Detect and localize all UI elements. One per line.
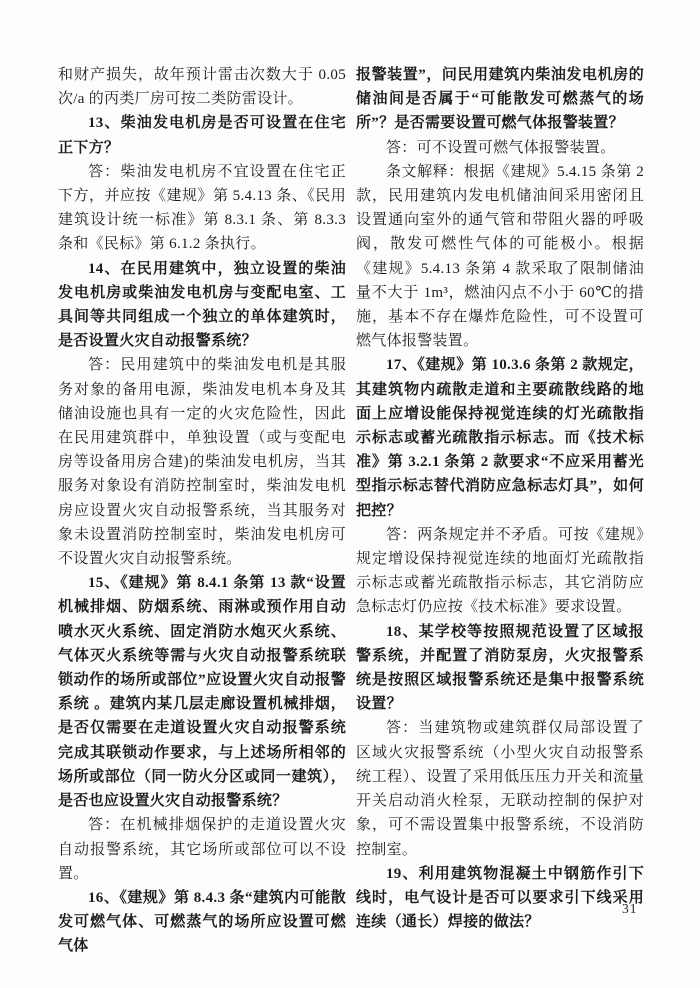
question-paragraph: 17、《建规》第 10.3.6 条第 2 款规定，其建筑物内疏散走道和主要疏散线… bbox=[356, 353, 644, 522]
question-paragraph: 13、柴油发电机房是否可设置在住宅正下方？ bbox=[58, 111, 346, 159]
answer-paragraph: 答：可不设置可燃气体报警装置。 bbox=[356, 136, 644, 160]
question-paragraph: 16、《建规》第 8.4.3 条“建筑内可能散发可燃气体、可燃蒸气的场所应设置可… bbox=[58, 886, 346, 959]
answer-paragraph: 答：在机械排烟保护的走道设置火灾自动报警系统，其它场所或部位可以不设置。 bbox=[58, 813, 346, 886]
answer-paragraph: 答：柴油发电机房不宜设置在住宅正下方，并应按《建规》第 5.4.13 条、《民用… bbox=[58, 160, 346, 257]
answer-paragraph: 答：民用建筑中的柴油发电机是其服务对象的备用电源，柴油发电机本身及其储油设施也具… bbox=[58, 353, 346, 571]
right-column: 报警装置”，问民用建筑内柴油发电机房的储油间是否属于“可能散发可燃蒸气的场所”？… bbox=[356, 63, 644, 934]
question-paragraph: 19、利用建筑物混凝土中钢筋作引下线时，电气设计是否可以要求引下线采用连续（通长… bbox=[356, 862, 644, 935]
document-page: 和财产损失，故年预计雷击次数大于 0.05 次/a 的丙类厂房可按二类防雷设计。… bbox=[0, 0, 700, 988]
question-paragraph: 15、《建规》第 8.4.1 条第 13 款“设置机械排烟、防烟系统、雨淋或预作… bbox=[58, 571, 346, 813]
answer-paragraph: 答：两条规定并不矛盾。可按《建规》规定增设保持视觉连续的地面灯光疏散指示标志或蓄… bbox=[356, 523, 644, 620]
answer-paragraph: 条文解释：根据《建规》5.4.15 条第 2 款，民用建筑内发电机储油间采用密闭… bbox=[356, 160, 644, 354]
page-number: 31 bbox=[622, 901, 638, 917]
question-paragraph: 18、某学校等按照规范设置了区域报警系统，并配置了消防泵房，火灾报警系统是按照区… bbox=[356, 620, 644, 717]
question-paragraph: 14、在民用建筑中，独立设置的柴油发电机房或柴油发电机房与变配电室、工具间等共同… bbox=[58, 257, 346, 354]
question-paragraph: 报警装置”，问民用建筑内柴油发电机房的储油间是否属于“可能散发可燃蒸气的场所”？… bbox=[356, 63, 644, 136]
answer-paragraph: 和财产损失，故年预计雷击次数大于 0.05 次/a 的丙类厂房可按二类防雷设计。 bbox=[58, 63, 346, 111]
answer-paragraph: 答：当建筑物或建筑群仅局部设置了区域火灾报警系统（小型火灾自动报警系统工程）、设… bbox=[356, 716, 644, 861]
left-column: 和财产损失，故年预计雷击次数大于 0.05 次/a 的丙类厂房可按二类防雷设计。… bbox=[58, 63, 346, 959]
